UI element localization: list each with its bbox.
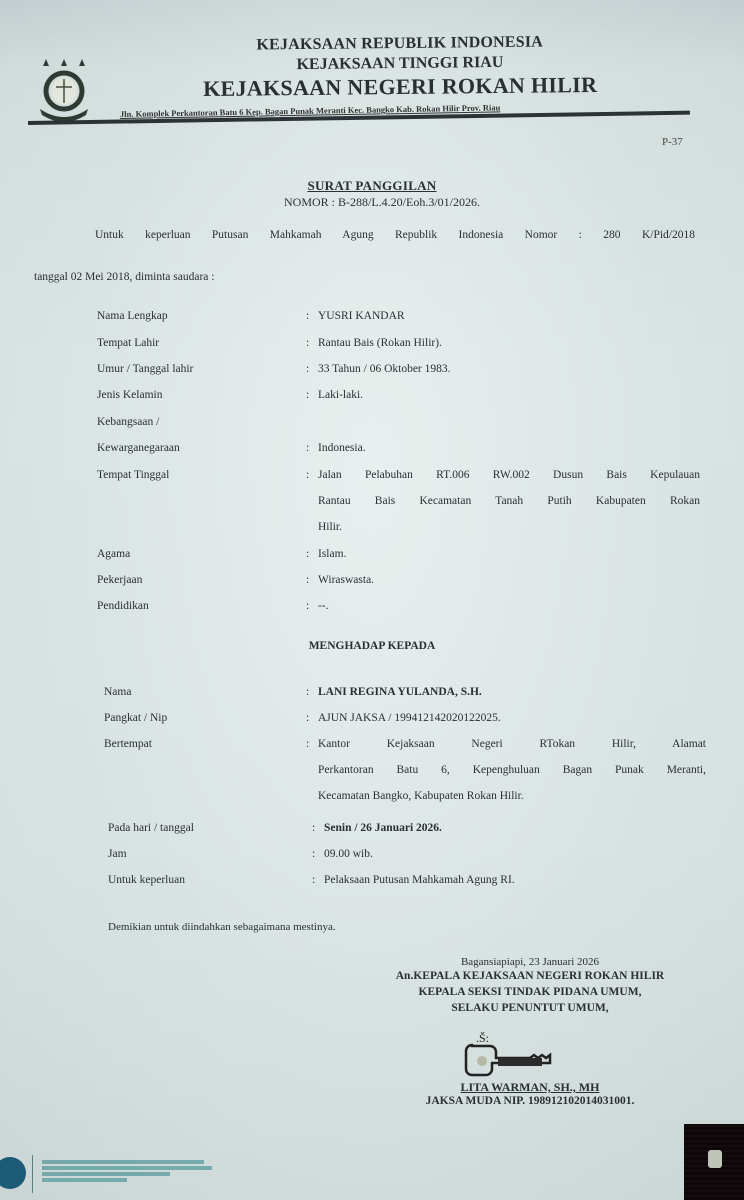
field-separator: :	[306, 738, 309, 750]
signatory-title-1: An.KEPALA KEJAKSAAN NEGERI ROKAN HILIR	[330, 968, 730, 984]
footer-divider	[32, 1155, 33, 1193]
svg-text:.Š:: .Š:	[476, 1031, 489, 1045]
letterhead: KEJAKSAAN REPUBLIK INDONESIA KEJAKSAAN T…	[140, 31, 661, 102]
signature-block: Bagansiapiapi, 23 Januari 2026 An.KEPALA…	[330, 956, 730, 1016]
field-value: AJUN JAKSA / 199412142020122025.	[318, 705, 700, 731]
document-page: KEJAKSAAN REPUBLIK INDONESIA KEJAKSAAN T…	[0, 0, 744, 1200]
field-label: Jenis Kelamin	[97, 389, 162, 401]
field-separator: :	[306, 363, 309, 375]
field-label: Tempat Lahir	[97, 337, 159, 349]
field-value: YUSRI KANDAR	[318, 303, 700, 329]
form-code: P-37	[662, 136, 683, 148]
field-separator: :	[306, 712, 309, 724]
field-separator: :	[312, 822, 315, 834]
document-title: SURAT PANGGILAN NOMOR : B-288/L.4.20/Eoh…	[0, 178, 744, 210]
field-label: Agama	[97, 548, 130, 560]
intro-line-2: tanggal 02 Mei 2018, diminta saudara :	[34, 271, 214, 283]
field-label: Pangkat / Nip	[104, 712, 167, 724]
signatory-title-3: SELAKU PENUNTUT UMUM,	[330, 1000, 730, 1016]
address-line: Jalan Pelabuhan RT.006 RW.002 Dusun Bais…	[318, 462, 700, 488]
field-label: Nama Lengkap	[97, 310, 168, 322]
address-line: Hilir.	[318, 521, 342, 533]
field-label: Pekerjaan	[97, 574, 142, 586]
field-value: Laki-laki.	[318, 382, 700, 408]
field-separator: :	[306, 686, 309, 698]
field-value: Indonesia.	[318, 435, 700, 461]
field-label: Bertempat	[104, 738, 152, 750]
field-separator: :	[306, 600, 309, 612]
field-value: Kantor Kejaksaan Negeri RTokan Hilir, Al…	[318, 731, 706, 809]
field-value: Wiraswasta.	[318, 567, 700, 593]
location-line: Kantor Kejaksaan Negeri RTokan Hilir, Al…	[318, 731, 706, 757]
field-value: Senin / 26 Januari 2026.	[324, 815, 706, 841]
field-label: Umur / Tanggal lahir	[97, 363, 193, 375]
field-separator: :	[306, 548, 309, 560]
footer-fineprint	[42, 1160, 212, 1182]
field-separator: :	[306, 310, 309, 322]
title-heading: SURAT PANGGILAN	[0, 178, 744, 194]
location-line: Perkantoran Batu 6, Kepenghuluan Bagan P…	[318, 757, 706, 783]
signatory-title-2: KEPALA SEKSI TINDAK PIDANA UMUM,	[330, 984, 730, 1000]
field-separator: :	[312, 848, 315, 860]
signer-nip: JAKSA MUDA NIP. 198912102014031001.	[360, 1095, 700, 1107]
field-value: 33 Tahun / 06 Oktober 1983.	[318, 356, 700, 382]
field-label: Jam	[108, 848, 127, 860]
closing-statement: Demikian untuk diindahkan sebagaimana me…	[108, 921, 336, 933]
field-separator: :	[306, 389, 309, 401]
field-label: Nama	[104, 686, 131, 698]
field-value: Pelaksaan Putusan Mahkamah Agung RI.	[324, 867, 706, 893]
field-value: 09.00 wib.	[324, 841, 706, 867]
field-separator: :	[312, 874, 315, 886]
field-separator: :	[306, 442, 309, 454]
field-value: Islam.	[318, 541, 700, 567]
section-heading: MENGHADAP KEPADA	[0, 640, 744, 652]
address-line: Rantau Bais Kecamatan Tanah Putih Kabupa…	[318, 488, 700, 514]
field-label: Pada hari / tanggal	[108, 822, 194, 834]
footer-logo-icon	[0, 1157, 26, 1189]
field-separator: :	[306, 574, 309, 586]
field-value: --.	[318, 593, 700, 619]
field-separator: :	[306, 469, 309, 481]
letterhead-line-3: KEJAKSAAN NEGERI ROKAN HILIR	[140, 71, 660, 102]
location-line: Kecamatan Bangko, Kabupaten Rokan Hilir.	[318, 790, 524, 802]
field-label: Kewarganegaraan	[97, 442, 180, 454]
field-value: Jalan Pelabuhan RT.006 RW.002 Dusun Bais…	[318, 462, 700, 540]
kejaksaan-emblem-icon	[32, 55, 96, 127]
field-label: Untuk keperluan	[108, 874, 185, 886]
field-label: Pendidikan	[97, 600, 149, 612]
field-separator: :	[306, 337, 309, 349]
place-date: Bagansiapiapi, 23 Januari 2026	[330, 956, 730, 968]
field-label: Kebangsaan /	[97, 416, 159, 428]
field-label: Tempat Tinggal	[97, 469, 169, 481]
intro-line-1: Untuk keperluan Putusan Mahkamah Agung R…	[95, 229, 695, 241]
letter-number: NOMOR : B-288/L.4.20/Eoh.3/01/2026.	[20, 195, 744, 210]
field-value: Rantau Bais (Rokan Hilir).	[318, 330, 700, 356]
signer-name: LITA WARMAN, SH., MH	[360, 1080, 700, 1095]
qr-code	[684, 1124, 744, 1200]
signer: LITA WARMAN, SH., MH JAKSA MUDA NIP. 198…	[360, 1080, 700, 1107]
signature-stamp-icon: .Š:	[462, 1030, 572, 1080]
qr-emblem-icon	[708, 1150, 722, 1168]
field-value: LANI REGINA YULANDA, S.H.	[318, 679, 700, 705]
